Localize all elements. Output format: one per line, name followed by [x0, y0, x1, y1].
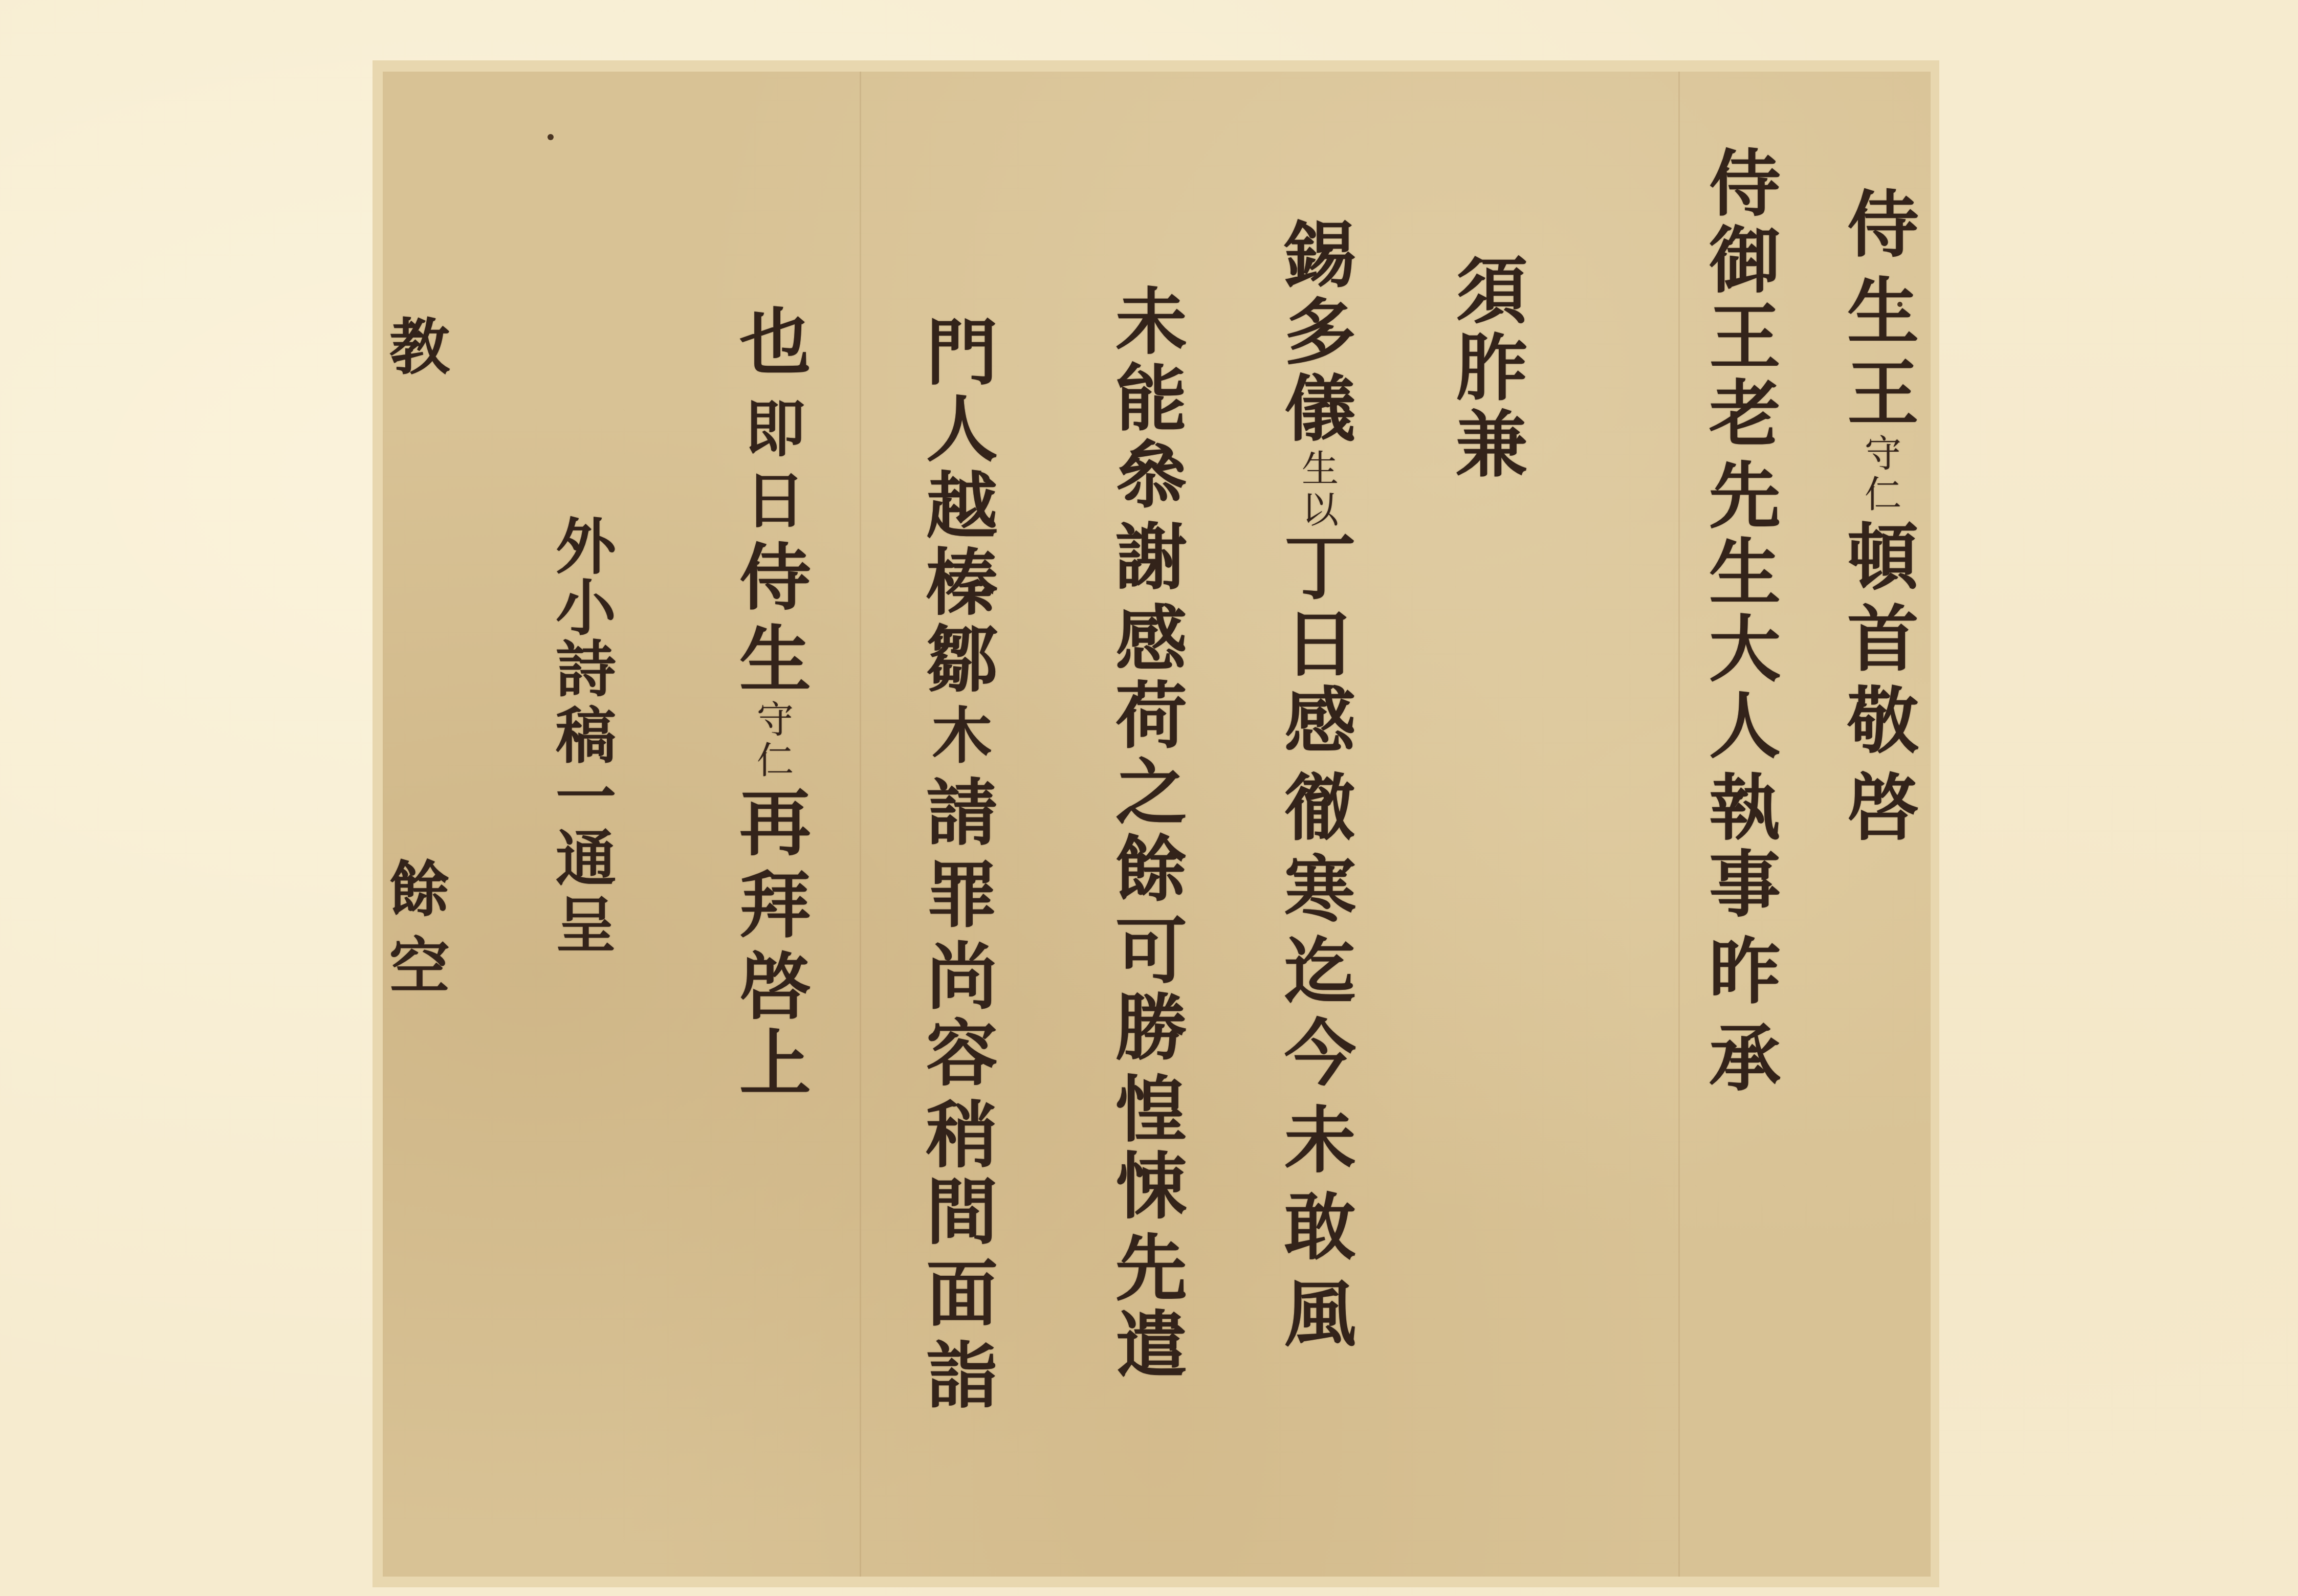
glyph: 面: [926, 1258, 998, 1330]
glyph: 王: [1709, 302, 1781, 373]
glyph: 詩: [556, 639, 616, 700]
glyph: 以: [1302, 491, 1339, 528]
glyph: 今: [1284, 1018, 1356, 1090]
glyph: 拜: [739, 870, 811, 941]
glyph: 能: [1115, 363, 1187, 435]
glyph: 稿: [556, 706, 616, 766]
glyph: 須: [1456, 256, 1527, 327]
ink-spot: [548, 134, 554, 140]
glyph: 勝: [1115, 992, 1187, 1064]
glyph: 木: [932, 706, 992, 766]
glyph: 罪: [926, 859, 998, 931]
glyph: 胙: [1456, 332, 1527, 404]
glyph: 空: [389, 936, 450, 996]
letter-paper: 侍生王守仁頓首敬啓侍御王老先生大人執事昨承須胙兼錫多儀生以丁日感徹寒迄今未敢風未…: [383, 72, 1931, 1577]
glyph: 生: [1302, 450, 1339, 487]
glyph: 日: [745, 471, 805, 531]
glyph: 尚: [926, 941, 998, 1013]
glyph: 生: [1847, 276, 1919, 348]
glyph: 仁: [1865, 476, 1901, 513]
glyph: 丁: [1284, 532, 1356, 604]
glyph: 侍: [1709, 148, 1781, 220]
glyph: 承: [1709, 1023, 1781, 1095]
glyph: 呈: [556, 895, 616, 956]
glyph: 先: [1709, 460, 1781, 532]
glyph: 餘: [389, 859, 450, 920]
glyph: 之: [1115, 757, 1187, 829]
glyph: 感: [1284, 685, 1356, 757]
glyph: 王: [1847, 358, 1919, 430]
glyph: 請: [926, 778, 998, 849]
glyph: 外: [556, 517, 616, 577]
glyph: 上: [739, 1028, 811, 1100]
glyph: 啓: [1847, 772, 1919, 844]
glyph: 遣: [1115, 1310, 1187, 1381]
glyph: 頓: [1847, 522, 1919, 593]
glyph: 先: [1115, 1233, 1187, 1304]
glyph: 惶: [1115, 1074, 1187, 1146]
glyph: 即: [745, 399, 805, 459]
glyph: 日: [1284, 609, 1356, 680]
glyph: 人: [1709, 691, 1781, 762]
fold-line: [860, 72, 861, 1577]
glyph: 榛: [926, 547, 998, 619]
glyph: 詣: [926, 1340, 998, 1412]
glyph: 仁: [757, 742, 794, 779]
glyph: 未: [1284, 1105, 1356, 1177]
glyph: 生: [1709, 537, 1781, 609]
glyph: 敢: [1284, 1192, 1356, 1263]
glyph: 生: [739, 624, 811, 696]
glyph: 首: [1847, 604, 1919, 675]
glyph: 鄒: [926, 624, 998, 696]
glyph: 寒: [1284, 854, 1356, 926]
glyph: 可: [1115, 916, 1187, 987]
glyph: 小: [556, 578, 616, 638]
fold-line: [1678, 72, 1680, 1577]
glyph: 御: [1709, 225, 1781, 297]
glyph: 也: [739, 307, 811, 379]
glyph: 守: [1865, 435, 1901, 472]
glyph: 徹: [1284, 772, 1356, 844]
glyph: 儀: [1284, 373, 1356, 445]
glyph: 荷: [1115, 680, 1187, 752]
glyph: 門: [926, 317, 998, 389]
glyph: 稍: [926, 1100, 998, 1171]
glyph: 謝: [1115, 522, 1187, 593]
glyph: 敬: [1847, 685, 1919, 757]
glyph: 守: [757, 701, 794, 738]
glyph: 再: [739, 788, 811, 859]
glyph: 叅: [1115, 440, 1187, 512]
glyph: 錫: [1284, 220, 1356, 292]
glyph: 多: [1284, 297, 1356, 368]
glyph: 通: [556, 829, 616, 889]
glyph: 啓: [739, 951, 811, 1023]
glyph: 執: [1709, 772, 1781, 844]
glyph: 感: [1115, 604, 1187, 675]
glyph: 大: [1709, 614, 1781, 685]
glyph: 餘: [1115, 834, 1187, 905]
glyph: 容: [926, 1018, 998, 1090]
glyph: 未: [1115, 286, 1187, 358]
glyph: 昨: [1709, 936, 1781, 1008]
glyph: 間: [926, 1177, 998, 1248]
glyph: 侍: [739, 542, 811, 614]
glyph: 兼: [1456, 409, 1527, 481]
glyph: 風: [1284, 1279, 1356, 1350]
glyph: 悚: [1115, 1151, 1187, 1223]
glyph: 一: [556, 767, 616, 828]
glyph: 侍: [1847, 189, 1919, 261]
glyph: 教: [389, 317, 450, 378]
glyph: 越: [926, 471, 998, 542]
glyph: 人: [926, 394, 998, 465]
glyph: 事: [1709, 849, 1781, 921]
glyph: 迄: [1284, 936, 1356, 1008]
glyph: 老: [1709, 379, 1781, 450]
